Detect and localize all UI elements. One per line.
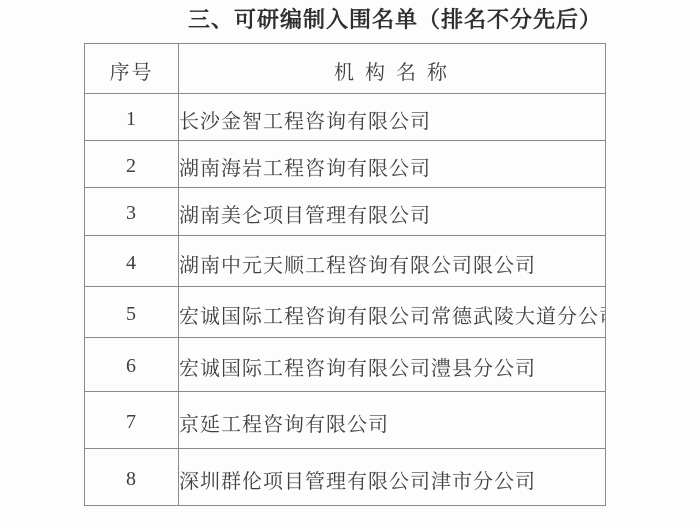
table-row: 4 湖南中元天顺工程咨询有限公司限公司 bbox=[85, 236, 606, 287]
row-number-cell: 3 bbox=[85, 188, 179, 236]
header-serial-number: 序号 bbox=[85, 44, 179, 94]
org-name-cell: 湖南中元天顺工程咨询有限公司限公司 bbox=[179, 236, 606, 287]
table-row: 3 湖南美仑项目管理有限公司 bbox=[85, 188, 606, 236]
org-name-cell: 宏诚国际工程咨询有限公司澧县分公司 bbox=[179, 338, 606, 392]
row-number-cell: 2 bbox=[85, 141, 179, 188]
org-name-cell: 湖南美仑项目管理有限公司 bbox=[179, 188, 606, 236]
table-header-row: 序号 机 构 名 称 bbox=[85, 44, 606, 94]
row-number-cell: 8 bbox=[85, 449, 179, 506]
row-number-cell: 4 bbox=[85, 236, 179, 287]
org-name-cell: 深圳群伦项目管理有限公司津市分公司 bbox=[179, 449, 606, 506]
page-title: 三、可研编制入围名单（排名不分先后） bbox=[145, 6, 645, 34]
table-row: 1 长沙金智工程咨询有限公司 bbox=[85, 94, 606, 141]
org-name-cell: 京延工程咨询有限公司 bbox=[179, 392, 606, 449]
org-name-cell: 长沙金智工程咨询有限公司 bbox=[179, 94, 606, 141]
table-row: 7 京延工程咨询有限公司 bbox=[85, 392, 606, 449]
row-number-cell: 1 bbox=[85, 94, 179, 141]
row-number-cell: 5 bbox=[85, 287, 179, 338]
org-name-cell: 湖南海岩工程咨询有限公司 bbox=[179, 141, 606, 188]
row-number-cell: 6 bbox=[85, 338, 179, 392]
table-row: 6 宏诚国际工程咨询有限公司澧县分公司 bbox=[85, 338, 606, 392]
table-row: 8 深圳群伦项目管理有限公司津市分公司 bbox=[85, 449, 606, 506]
table-row: 2 湖南海岩工程咨询有限公司 bbox=[85, 141, 606, 188]
shortlist-table: 序号 机 构 名 称 1 长沙金智工程咨询有限公司 2 湖南海岩工程咨询有限公司… bbox=[84, 43, 606, 506]
org-name-cell: 宏诚国际工程咨询有限公司常德武陵大道分公司 bbox=[179, 287, 606, 338]
document-page: 三、可研编制入围名单（排名不分先后） 序号 机 构 名 称 1 长沙金智工程咨询… bbox=[0, 0, 700, 527]
row-number-cell: 7 bbox=[85, 392, 179, 449]
table-row: 5 宏诚国际工程咨询有限公司常德武陵大道分公司 bbox=[85, 287, 606, 338]
header-org-name: 机 构 名 称 bbox=[179, 44, 606, 94]
